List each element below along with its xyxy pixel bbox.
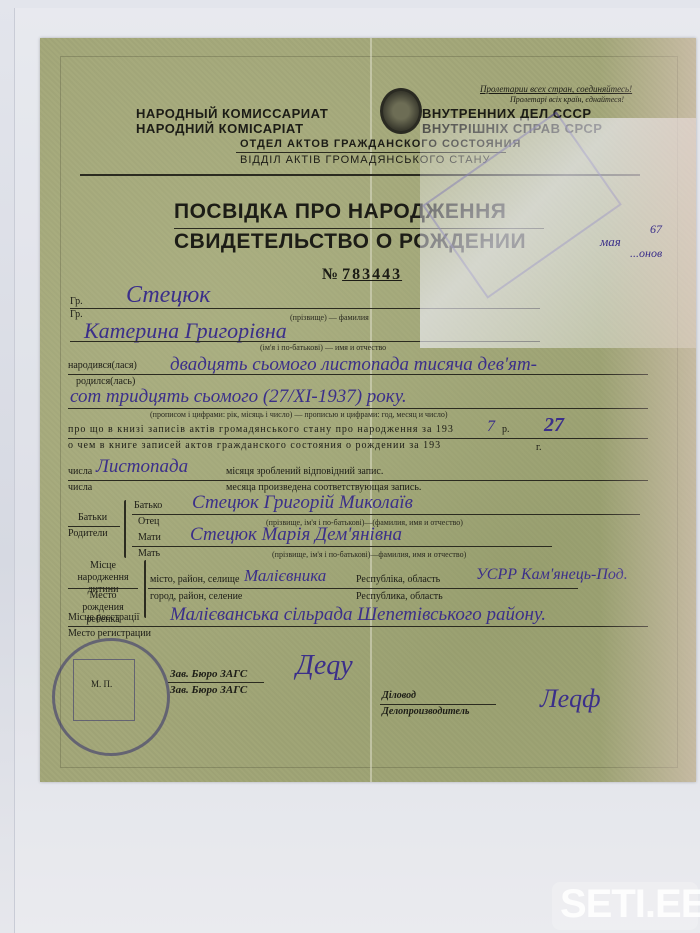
header-left: НАРОДНЫЙ КОМИССАРИАТ НАРОДНИЙ КОМІСАРІАТ	[136, 106, 328, 136]
official-seal: М. П.	[52, 638, 170, 756]
parents-label-ru: Родители	[68, 528, 108, 539]
surname-value: Стецюк	[126, 282, 210, 309]
sleeve-tint	[600, 38, 696, 782]
city-label-ua: місто, район, селище	[150, 574, 239, 585]
record-text-ru: о чем в книге записей актов гражданского…	[68, 440, 441, 451]
parents-label-ua: Батьки	[78, 512, 107, 523]
clerk-label-ru: Делопроизводитель	[382, 706, 469, 717]
record-year-suffix: 7	[487, 418, 495, 436]
mother-label-ua: Мати	[138, 532, 161, 543]
header-left-ru: НАРОДНЫЙ КОМИССАРИАТ	[136, 106, 328, 121]
head-signature: Деqу	[296, 650, 353, 682]
record-g-label: г.	[536, 442, 541, 453]
clerk-signature: Леqф	[540, 684, 601, 714]
born-text-line-1: двадцять сьомого листопада тисяча дев'ят…	[170, 354, 537, 376]
seal-label: М. П.	[91, 679, 112, 689]
month-value: Листопада	[96, 456, 188, 478]
record-day: 27	[544, 414, 564, 437]
birth-certificate: НАРОДНЫЙ КОМИССАРИАТ НАРОДНИЙ КОМІСАРІАТ…	[40, 38, 696, 782]
born-label-ua: народився(лася)	[68, 360, 137, 371]
ussr-emblem-icon	[380, 88, 422, 134]
father-label-ru: Отец	[138, 516, 159, 527]
month-text-ua: місяця зроблений відповідний запис.	[226, 466, 383, 477]
gr-label-ru: Гр.	[70, 309, 83, 320]
day-label-ru: числа	[68, 482, 92, 493]
place-bracket	[144, 560, 146, 618]
father-value: Стецюк Григорій Миколаїв	[192, 492, 413, 514]
header-left-ua: НАРОДНИЙ КОМІСАРІАТ	[136, 121, 328, 136]
number-label: №	[322, 266, 338, 283]
watermark-text: SETI.EE	[560, 882, 700, 927]
record-text-ua: про що в книзі записів актів громадянськ…	[68, 424, 454, 435]
born-caption: (прописом і цифрами: рік, місяць і число…	[150, 410, 448, 419]
record-r-label: р.	[502, 424, 510, 435]
stamp-note-2: мая	[600, 234, 621, 250]
mother-caption: (прізвище, ім'я і по-батькові)—фамилия, …	[272, 550, 466, 559]
stamp-note-3: ...онов	[630, 246, 662, 261]
number-value: 783443	[342, 266, 402, 283]
registration-label-ua: Місце реєстрації	[68, 612, 139, 623]
watermark: SETI.EE	[552, 882, 698, 930]
mother-value: Стецюк Марія Дем'янівна	[190, 524, 402, 546]
day-label-ua: числа	[68, 466, 92, 477]
mother-label-ru: Мать	[138, 548, 160, 559]
gr-label-ua: Гр.	[70, 296, 83, 307]
born-text-line-2: сот тридцять сьомого (27/XI-1937) року.	[70, 386, 407, 408]
head-label-ru: Зав. Бюро ЗАГС	[170, 684, 247, 696]
city-value: Малієвника	[244, 566, 326, 586]
clerk-label-ua: Діловод	[382, 690, 416, 701]
father-label-ua: Батько	[134, 500, 162, 511]
city-label-ru: город, район, селение	[150, 591, 242, 602]
surname-caption: (прізвище) — фамилия	[290, 313, 369, 322]
parents-bracket	[124, 500, 126, 558]
republic-label-ru: Республика, область	[356, 591, 443, 602]
name-caption: (ім'я і по-батькові) — имя и отчество	[260, 343, 386, 352]
registration-value: Малієванська сільрада Шепетівського райо…	[170, 604, 546, 626]
head-label-ua: Зав. Бюро ЗАГС	[170, 668, 247, 680]
republic-label-ua: Республіка, область	[356, 574, 440, 585]
certificate-number: № 783443	[322, 266, 402, 284]
stamp-note-1: 67	[650, 222, 662, 237]
